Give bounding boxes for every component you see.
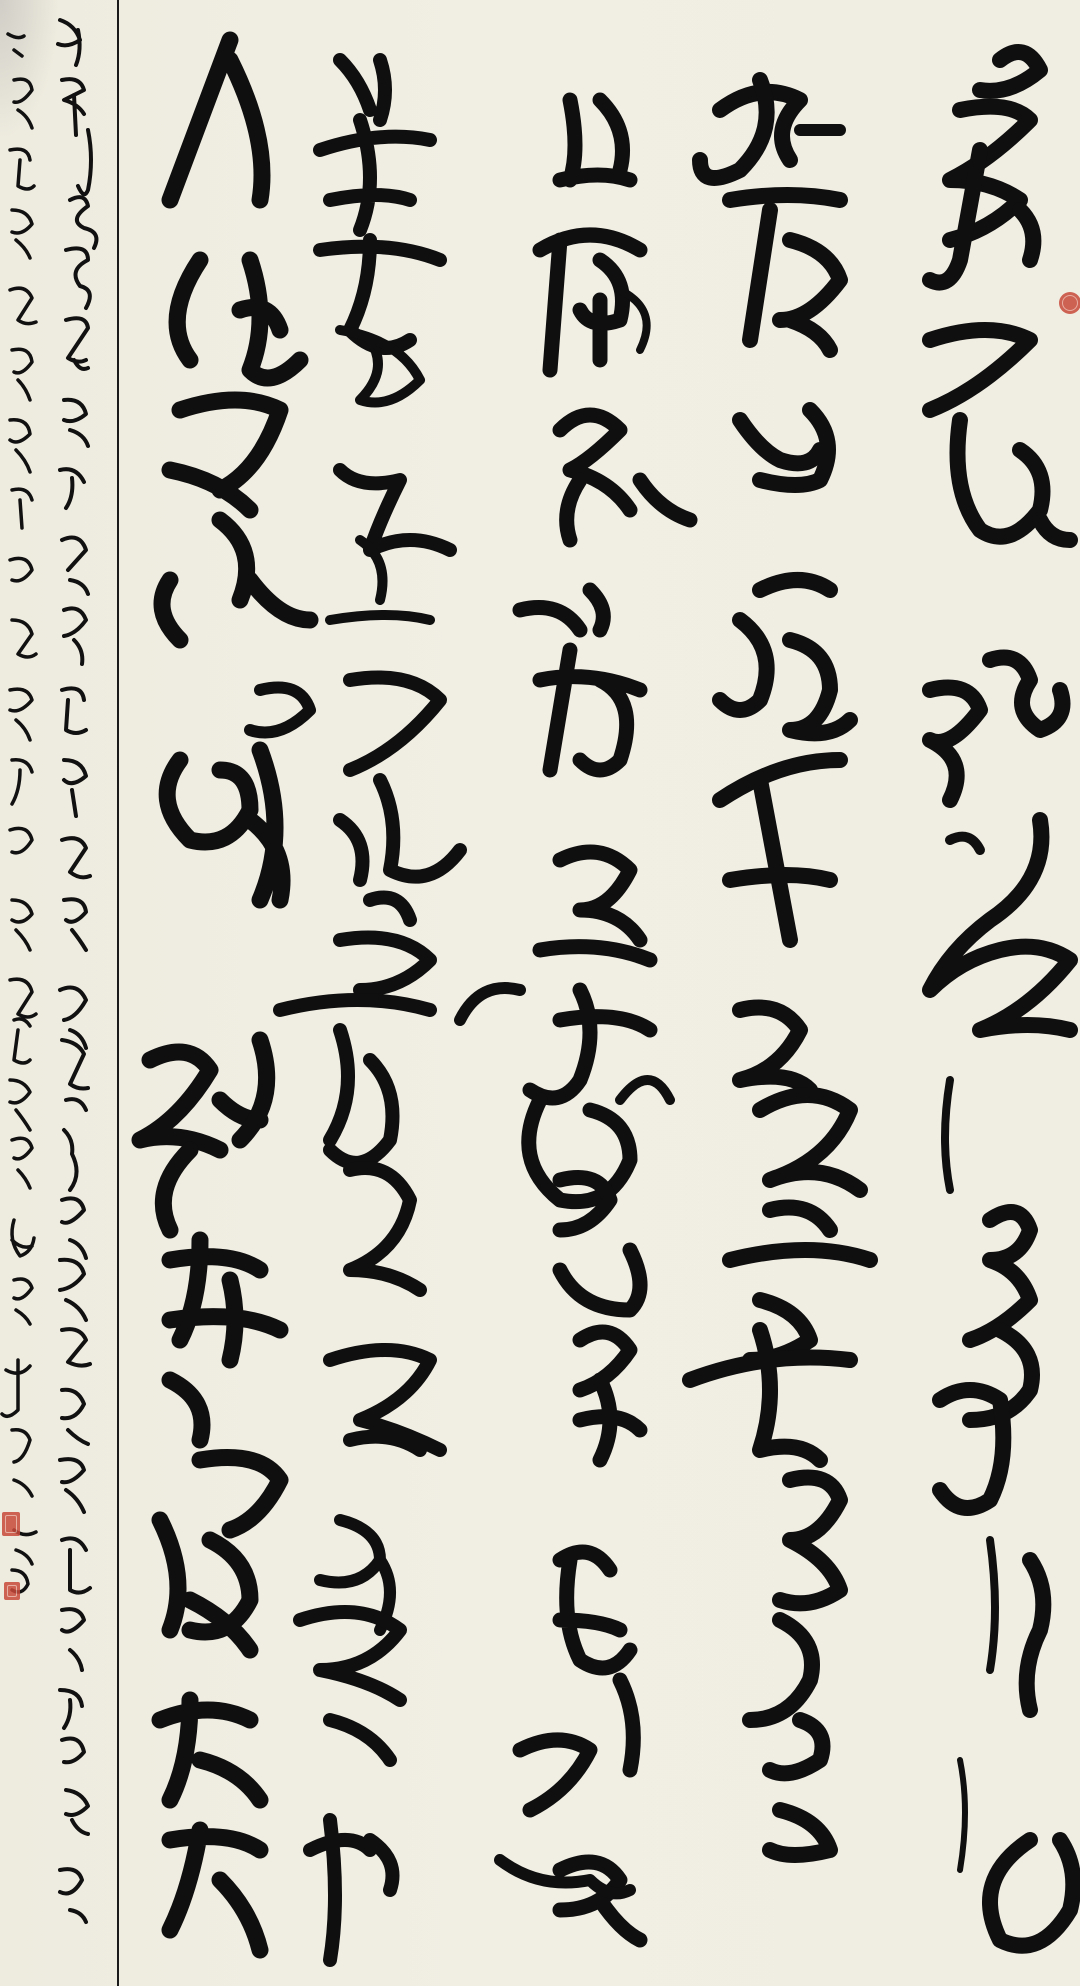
main-text-columns bbox=[119, 0, 1080, 1986]
seal-square-1 bbox=[2, 1512, 20, 1536]
inscription-strokes bbox=[0, 0, 115, 1986]
column-4 bbox=[280, 60, 460, 1960]
column-1 bbox=[930, 52, 1073, 1946]
seal-square-2 bbox=[4, 1582, 20, 1600]
seal-round bbox=[1059, 292, 1080, 314]
calligraphy-scroll: Large cursive-script calligraphy in eigh… bbox=[0, 0, 1080, 1986]
inscription-columns bbox=[0, 0, 115, 1986]
column-5 bbox=[140, 40, 310, 1950]
column-2 bbox=[690, 80, 870, 1855]
column-3 bbox=[520, 100, 690, 1940]
main-brush-strokes bbox=[119, 0, 1080, 1986]
